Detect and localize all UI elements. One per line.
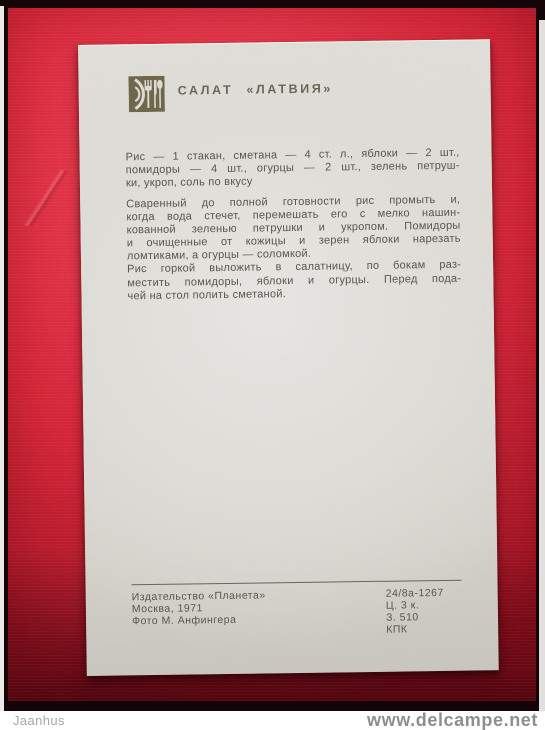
photo-credit: Фото М. Анфингера bbox=[132, 612, 386, 628]
plate-and-cutlery-icon bbox=[128, 76, 164, 112]
card-title: САЛАТ «ЛАТВИЯ» bbox=[178, 81, 333, 97]
watermark-delcampe: www.delcampe.net bbox=[367, 710, 538, 730]
watermark-strip: Jaanhus www.delcampe.net bbox=[0, 711, 545, 730]
imprint-divider bbox=[132, 580, 462, 586]
instructions-block: Сваренный до полной готовности рис промы… bbox=[126, 194, 461, 303]
postcard: САЛАТ «ЛАТВИЯ» Рис — 1 стакан, сметана —… bbox=[78, 39, 499, 676]
watermark-jaanhus: Jaanhus bbox=[13, 713, 65, 728]
ingredients-block: Рис — 1 стакан, сметана — 4 ст. л., ябло… bbox=[125, 147, 460, 191]
imprint-block: Издательство «Планета» Москва, 1971 Фото… bbox=[132, 580, 469, 640]
scan-edge-left bbox=[0, 6, 4, 711]
cloth-crease bbox=[6, 163, 84, 232]
printer-code: КПК bbox=[386, 623, 468, 636]
postcard-photo: САЛАТ «ЛАТВИЯ» Рис — 1 стакан, сметана —… bbox=[0, 0, 545, 711]
scan-edge-right bbox=[539, 20, 545, 711]
